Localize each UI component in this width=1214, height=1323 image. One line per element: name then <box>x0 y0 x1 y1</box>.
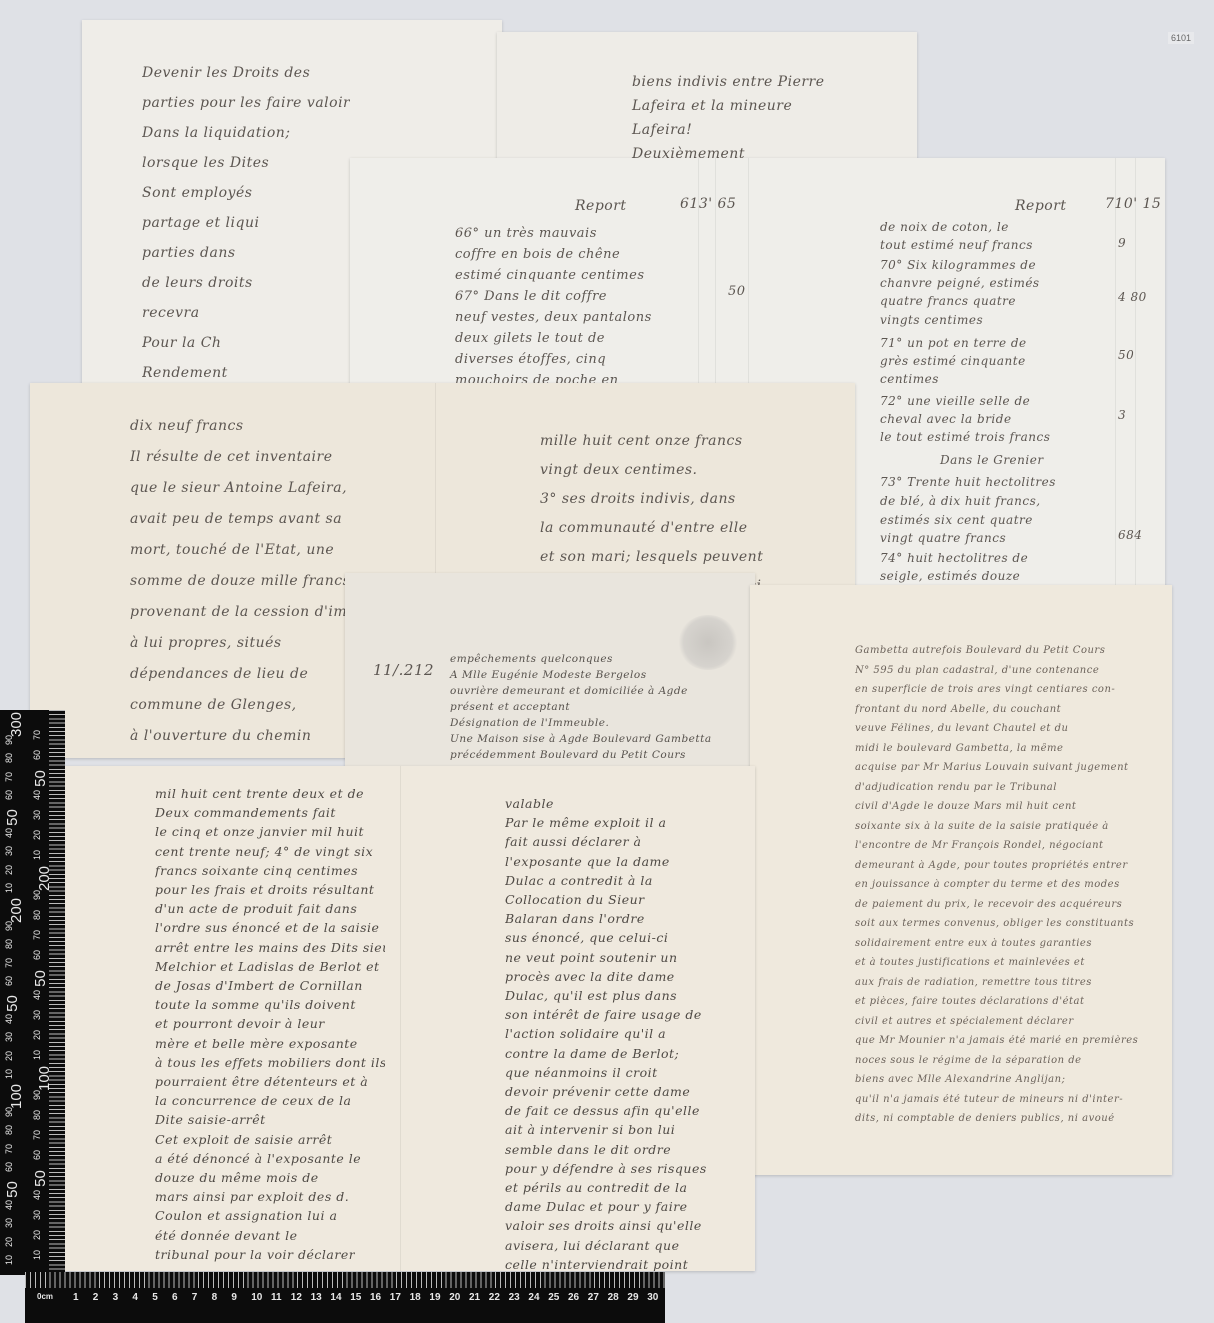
handwritten-line: recevra <box>142 305 200 321</box>
handwritten-line: dix neuf francs <box>130 418 244 434</box>
handwritten-line: neuf vestes, deux pantalons <box>455 310 652 325</box>
handwritten-line: 72° une vieille selle de <box>880 394 1030 408</box>
handwritten-line: biens avec Mlle Alexandrine Anglijan; <box>855 1074 1065 1085</box>
handwritten-line: à lui propres, situés <box>130 635 282 651</box>
amount-column-rule <box>1135 158 1136 588</box>
handwritten-line: de leurs droits <box>142 275 253 291</box>
handwritten-line: douze du même mois de <box>155 1170 319 1185</box>
wax-seal-stamp <box>678 615 738 670</box>
vertical-ruler: 3009080706050403020102009080706050403020… <box>0 710 65 1275</box>
handwritten-line: de paiement du prix, le recevoir des acq… <box>855 899 1122 910</box>
handwritten-line: veuve Félines, du levant Chautel et du <box>855 723 1068 734</box>
handwritten-line: cent trente neuf; 4° de vingt six <box>155 844 373 859</box>
handwritten-line: Pour la Ch <box>142 335 221 351</box>
handwritten-line: Désignation de l'Immeuble. <box>450 717 609 729</box>
ruler-tick-label: 13 <box>311 1292 322 1303</box>
ruler-tick-label: 30 <box>32 810 42 820</box>
handwritten-line: 67° Dans le dit coffre <box>455 289 607 304</box>
handwritten-line: à l'ouverture du chemin <box>130 728 311 744</box>
handwritten-line: tribunal pour la voir déclarer <box>155 1247 355 1262</box>
ruler-tick-label: 40 <box>32 1190 42 1200</box>
ruler-tick-label: 29 <box>627 1292 638 1303</box>
ruler-tick-label: 300 <box>8 712 25 737</box>
handwritten-line: semble dans le dit ordre <box>505 1142 671 1157</box>
handwritten-line: son intérêt de faire usage de <box>505 1007 702 1022</box>
document-top-right: biens indivis entre PierreLafeira et la … <box>497 32 917 172</box>
amount-column-rule <box>1115 158 1116 588</box>
handwritten-line: 73° Trente huit hectolitres <box>880 475 1056 489</box>
handwritten-line: mil huit cent trente deux et de <box>155 786 364 801</box>
ruler-tick-label: 30 <box>4 1032 14 1042</box>
ruler-tick-label: 50 <box>32 770 49 787</box>
handwritten-line: 66° un très mauvais <box>455 226 597 241</box>
ruler-tick-label: 60 <box>4 976 14 986</box>
ruler-tick-label: 28 <box>608 1292 619 1303</box>
handwritten-line: été donnée devant le <box>155 1228 298 1243</box>
handwritten-line: mère et belle mère exposante <box>155 1036 358 1051</box>
ruler-tick-label: 50 <box>32 970 49 987</box>
handwritten-line: Gambetta autrefois Boulevard du Petit Co… <box>855 645 1105 656</box>
ruler-tick-label: 20 <box>449 1292 460 1303</box>
ruler-tick-label: 21 <box>469 1292 480 1303</box>
handwritten-line: mars ainsi par exploit des d. <box>155 1189 349 1204</box>
ruler-tick-label: 60 <box>4 1162 14 1172</box>
ruler-tick-label: 80 <box>32 910 42 920</box>
handwritten-line: pour y défendre à ses risques <box>505 1161 707 1176</box>
handwritten-line: soit aux termes convenus, obliger les co… <box>855 918 1134 929</box>
ruler-tick-label: 70 <box>32 1130 42 1140</box>
handwritten-line: 3° ses droits indivis, dans <box>540 491 736 507</box>
ruler-tick-label: 23 <box>509 1292 520 1303</box>
handwritten-line: de noix de coton, le <box>880 220 1009 234</box>
ruler-tick-label: 200 <box>36 866 53 891</box>
handwritten-line: noces sous le régime de la séparation de <box>855 1055 1082 1066</box>
ruler-tick-label: 8 <box>212 1292 218 1303</box>
ruler-tick-label: 90 <box>4 735 14 745</box>
handwritten-line: quatre francs quatre <box>880 294 1016 308</box>
handwritten-line: Par le même exploit il a <box>505 815 666 830</box>
handwritten-line: estimé cinquante centimes <box>455 268 645 283</box>
ruler-tick-label: 40 <box>4 828 14 838</box>
handwritten-line: francs soixante cinq centimes <box>155 863 358 878</box>
ruler-tick-label: 50 <box>4 995 21 1012</box>
carried-total: 613' 65 <box>680 196 736 212</box>
handwritten-line: dame Dulac et pour y faire <box>505 1199 688 1214</box>
ruler-tick-label: 80 <box>4 753 14 763</box>
ruler-tick-label: 60 <box>32 750 42 760</box>
ruler-tick-label: 40 <box>4 1014 14 1024</box>
handwritten-line: dépendances de lieu de <box>130 666 308 682</box>
ruler-tick-label: 100 <box>36 1066 53 1091</box>
ruler-tick-label: 80 <box>32 1110 42 1120</box>
ruler-tick-label: 50 <box>32 1170 49 1187</box>
ruler-tick-label: 12 <box>291 1292 302 1303</box>
handwritten-line: deux gilets le tout de <box>455 331 605 346</box>
handwritten-line: lorsque les Dites <box>142 155 269 171</box>
ruler-tick-label: 26 <box>568 1292 579 1303</box>
ruler-tick-label: 60 <box>32 950 42 960</box>
ruler-tick-label: 18 <box>410 1292 421 1303</box>
handwritten-line: valoir ses droits ainsi qu'elle <box>505 1218 702 1233</box>
ruler-tick-label: 30 <box>647 1292 658 1303</box>
handwritten-line: devoir prévenir cette dame <box>505 1084 690 1099</box>
handwritten-line: parties dans <box>142 245 236 261</box>
handwritten-line: 74° huit hectolitres de <box>880 551 1028 565</box>
handwritten-line: Melchior et Ladislas de Berlot et <box>155 959 380 974</box>
inventory-heading: Report <box>575 198 627 214</box>
handwritten-line: en jouissance à compter du terme et des … <box>855 879 1120 890</box>
handwritten-line: Dulac, qu'il est plus dans <box>505 988 677 1003</box>
ruler-unit-label: 0cm <box>37 1292 53 1301</box>
section-heading: Dans le Grenier <box>940 453 1044 467</box>
handwritten-line: en superficie de trois ares vingt centia… <box>855 684 1115 695</box>
amount: 50 <box>728 284 746 299</box>
handwritten-line: grès estimé cinquante <box>880 354 1026 368</box>
amount: 684 <box>1118 528 1142 542</box>
ruler-tick-label: 70 <box>32 730 42 740</box>
handwritten-line: vingts centimes <box>880 313 983 327</box>
handwritten-line: avisera, lui déclarant que <box>505 1238 680 1253</box>
ruler-tick-label: 3 <box>113 1292 119 1303</box>
handwritten-line: ouvrière demeurant et domiciliée à Agde <box>450 685 688 697</box>
handwritten-line: biens indivis entre Pierre <box>632 74 825 90</box>
handwritten-line: le tout estimé trois francs <box>880 430 1050 444</box>
ruler-tick-label: 27 <box>588 1292 599 1303</box>
handwritten-line: qu'il n'a jamais été tuteur de mineurs n… <box>855 1094 1123 1105</box>
handwritten-line: la communauté d'entre elle <box>540 520 748 536</box>
ruler-tick-label: 40 <box>32 790 42 800</box>
handwritten-line: seigle, estimés douze <box>880 569 1020 583</box>
ruler-tick-label: 70 <box>4 1144 14 1154</box>
handwritten-line: cheval avec la bride <box>880 412 1012 426</box>
handwritten-line: vingt deux centimes. <box>540 462 698 478</box>
handwritten-line: Dulac a contredit à la <box>505 873 653 888</box>
ruler-tick-label: 10 <box>32 1250 42 1260</box>
handwritten-line: que néanmoins il croit <box>505 1065 658 1080</box>
ruler-tick-label: 100 <box>8 1084 25 1109</box>
handwritten-line: demeurant à Agde, pour toutes propriétés… <box>855 860 1128 871</box>
handwritten-line: et à toutes justifications et mainlevées… <box>855 957 1085 968</box>
handwritten-line: acquise par Mr Marius Louvain suivant ju… <box>855 762 1129 773</box>
handwritten-line: Cet exploit de saisie arrêt <box>155 1132 332 1147</box>
handwritten-line: procès avec la dite dame <box>505 969 675 984</box>
page-fold <box>400 766 401 1271</box>
ruler-tick-label: 10 <box>32 1050 42 1060</box>
margin-note: 11/.212 <box>373 661 434 679</box>
ruler-tick-label: 15 <box>350 1292 361 1303</box>
amount: 4 80 <box>1118 290 1147 304</box>
handwritten-line: que Mr Mounier n'a jamais été marié en p… <box>855 1035 1138 1046</box>
handwritten-line: celle n'interviendrait point <box>505 1257 688 1271</box>
ruler-tick-label: 9 <box>231 1292 237 1303</box>
ruler-tick-label: 25 <box>548 1292 559 1303</box>
ruler-tick-label: 90 <box>32 1090 42 1100</box>
handwritten-line: le cinq et onze janvier mil huit <box>155 824 364 839</box>
ruler-tick-label: 30 <box>4 846 14 856</box>
handwritten-line: Coulon et assignation lui a <box>155 1208 337 1223</box>
handwritten-line: Lafeira! <box>632 122 692 138</box>
handwritten-line: présent et acceptant <box>450 701 570 713</box>
ruler-tick-label: 70 <box>4 772 14 782</box>
ruler-tick-label: 50 <box>4 809 21 826</box>
ruler-tick-label: 20 <box>32 1230 42 1240</box>
handwritten-line: 71° un pot en terre de <box>880 336 1027 350</box>
ruler-tick-label: 16 <box>370 1292 381 1303</box>
handwritten-line: la concurrence de ceux de la <box>155 1093 352 1108</box>
handwritten-line: commune de Glenges, <box>130 697 297 713</box>
handwritten-line: précédemment Boulevard du Petit Cours <box>450 749 686 761</box>
ruler-tick-label: 14 <box>330 1292 341 1303</box>
handwritten-line: aux frais de radiation, remettre tous ti… <box>855 977 1092 988</box>
handwritten-line: somme de douze mille francs, <box>130 573 355 589</box>
handwritten-line: solidairement entre eux à toutes garanti… <box>855 938 1092 949</box>
handwritten-line: mille huit cent onze francs <box>540 433 743 449</box>
handwritten-line: l'ordre sus énoncé et de la saisie <box>155 920 379 935</box>
handwritten-line: chanvre peigné, estimés <box>880 276 1040 290</box>
handwritten-line: estimés six cent quatre <box>880 513 1033 527</box>
ruler-tick-label: 30 <box>32 1010 42 1020</box>
ruler-tick-label: 19 <box>429 1292 440 1303</box>
handwritten-line: Lafeira et la mineure <box>632 98 792 114</box>
ruler-tick-label: 17 <box>390 1292 401 1303</box>
handwritten-line: sus énoncé, que celui-ci <box>505 930 668 945</box>
handwritten-line: l'encontre de Mr François Rondel, négoci… <box>855 840 1104 851</box>
handwritten-line: que le sieur Antoine Lafeira, <box>130 480 347 496</box>
ruler-tick-label: 10 <box>4 1255 14 1265</box>
handwritten-line: coffre en bois de chêne <box>455 247 620 262</box>
ruler-tick-label: 7 <box>192 1292 198 1303</box>
handwritten-line: valable <box>505 796 554 811</box>
ruler-tick-label: 22 <box>489 1292 500 1303</box>
ruler-tick-label: 70 <box>32 930 42 940</box>
ruler-tick-label: 6 <box>172 1292 178 1303</box>
handwritten-line: avait peu de temps avant sa <box>130 511 342 527</box>
handwritten-line: d'un acte de produit fait dans <box>155 901 357 916</box>
ruler-tick-label: 80 <box>4 1125 14 1135</box>
ruler-tick-label: 60 <box>4 790 14 800</box>
ruler-tick-label: 24 <box>528 1292 539 1303</box>
ruler-tick-label: 30 <box>4 1218 14 1228</box>
ruler-tick-label: 60 <box>32 1150 42 1160</box>
ruler-tick-label: 40 <box>32 990 42 1000</box>
handwritten-line: Une Maison sise à Agde Boulevard Gambett… <box>450 733 712 745</box>
ruler-tick-label: 90 <box>4 921 14 931</box>
handwritten-line: dits, ni comptable de deniers publics, n… <box>855 1113 1115 1124</box>
handwritten-line: et pourront devoir à leur <box>155 1016 325 1031</box>
horizontal-ruler: 0cm 123456789101112131415161718192021222… <box>25 1272 665 1323</box>
handwritten-line: civil et autres et spécialement déclarer <box>855 1016 1074 1027</box>
handwritten-line: empêchements quelconques <box>450 653 613 665</box>
handwritten-line: Dans la liquidation; <box>142 125 290 141</box>
handwritten-line: Rendement <box>142 365 228 381</box>
ruler-tick-label: 10 <box>4 883 14 893</box>
handwritten-line: à tous les effets mobiliers dont ils <box>155 1055 385 1070</box>
ruler-tick-label: 20 <box>4 865 14 875</box>
handwritten-line: pourraient être détenteurs et à <box>155 1074 368 1089</box>
ruler-tick-label: 90 <box>32 890 42 900</box>
handwritten-line: A Mlle Eugénie Modeste Bergelos <box>450 669 647 681</box>
ruler-tick-label: 10 <box>32 850 42 860</box>
handwritten-line: contre la dame de Berlot; <box>505 1046 679 1061</box>
ruler-tick-label: 20 <box>32 1030 42 1040</box>
ruler-tick-label: 40 <box>4 1200 14 1210</box>
handwritten-line: mort, touché de l'Etat, une <box>130 542 334 558</box>
ruler-tick-label: 50 <box>4 1181 21 1198</box>
handwritten-line: Collocation du Sieur <box>505 892 645 907</box>
ruler-tick-label: 90 <box>4 1107 14 1117</box>
handwritten-line: toute la somme qu'ils doivent <box>155 997 356 1012</box>
ruler-tick-label: 4 <box>132 1292 138 1303</box>
handwritten-line: diverses étoffes, cinq <box>455 352 606 367</box>
ruler-tick-label: 2 <box>93 1292 99 1303</box>
handwritten-line: et son mari; lesquels peuvent <box>540 549 763 565</box>
handwritten-line: et pièces, faire toutes déclarations d'é… <box>855 996 1084 1007</box>
handwritten-line: de Josas d'Imbert de Cornillan <box>155 978 363 993</box>
handwritten-line: Il résulte de cet inventaire <box>130 449 333 465</box>
ruler-tick-label: 10 <box>251 1292 262 1303</box>
photo-label: 6101 <box>1168 32 1194 44</box>
handwritten-line: midi le boulevard Gambetta, la même <box>855 743 1063 754</box>
handwritten-line: Sont employés <box>142 185 252 201</box>
handwritten-line: soixante six à la suite de la saisie pra… <box>855 821 1109 832</box>
handwritten-line: de blé, à dix huit francs, <box>880 494 1041 508</box>
ruler-tick-label: 5 <box>152 1292 158 1303</box>
ruler-tick-label: 80 <box>4 939 14 949</box>
ruler-ticks <box>49 710 65 1275</box>
document-deed: empêchements quelconquesA Mlle Eugénie M… <box>345 573 755 768</box>
ruler-tick-label: 20 <box>4 1237 14 1247</box>
ruler-tick-label: 1 <box>73 1292 79 1303</box>
amount: 50 <box>1118 348 1134 362</box>
handwritten-line: civil d'Agde le douze Mars mil huit cent <box>855 801 1076 812</box>
ruler-tick-label: 11 <box>271 1292 282 1303</box>
handwritten-line: fait aussi déclarer à <box>505 834 642 849</box>
handwritten-line: pour les frais et droits résultant <box>155 882 374 897</box>
document-deed-continued: Gambetta autrefois Boulevard du Petit Co… <box>750 585 1172 1175</box>
inventory-heading: Report <box>1015 198 1067 214</box>
handwritten-line: ait à intervenir si bon lui <box>505 1122 675 1137</box>
handwritten-line: frontant du nord Abelle, du couchant <box>855 704 1061 715</box>
ruler-tick-label: 70 <box>4 958 14 968</box>
handwritten-line: et périls au contredit de la <box>505 1180 687 1195</box>
handwritten-line: ne veut point soutenir un <box>505 950 678 965</box>
handwritten-line: vingt quatre francs <box>880 531 1006 545</box>
amount: 9 <box>1118 236 1126 250</box>
ruler-tick-label: 30 <box>32 1210 42 1220</box>
handwritten-line: de fait ce dessus afin qu'elle <box>505 1103 700 1118</box>
handwritten-line: centimes <box>880 372 939 386</box>
handwritten-line: partage et liqui <box>142 215 259 231</box>
handwritten-line: tout estimé neuf francs <box>880 238 1033 252</box>
handwritten-line: arrêt entre les mains des Dits sieur <box>155 940 385 955</box>
handwritten-line: l'exposante que la dame <box>505 854 670 869</box>
handwritten-line: l'action solidaire qu'il a <box>505 1026 666 1041</box>
carried-total: 710' 15 <box>1105 196 1161 212</box>
ruler-ticks <box>25 1272 665 1288</box>
ruler-tick-label: 20 <box>32 830 42 840</box>
ruler-tick-label: 200 <box>8 898 25 923</box>
handwritten-line: parties pour les faire valoir <box>142 95 350 111</box>
handwritten-line: Balaran dans l'ordre <box>505 911 645 926</box>
handwritten-line: N° 595 du plan cadastral, d'une contenan… <box>855 665 1099 676</box>
handwritten-line: d'adjudication rendu par le Tribunal <box>855 782 1057 793</box>
handwritten-line: Deux commandements fait <box>155 805 336 820</box>
handwritten-line: a été dénoncé à l'exposante le <box>155 1151 361 1166</box>
ruler-tick-label: 20 <box>4 1051 14 1061</box>
amount: 3 <box>1118 408 1126 422</box>
handwritten-line: Devenir les Droits des <box>142 65 310 81</box>
ruler-tick-label: 10 <box>4 1069 14 1079</box>
handwritten-line: Dite saisie-arrêt <box>155 1112 266 1127</box>
document-bottom: mil huit cent trente deux et deDeux comm… <box>55 766 755 1271</box>
handwritten-line: 70° Six kilogrammes de <box>880 258 1036 272</box>
